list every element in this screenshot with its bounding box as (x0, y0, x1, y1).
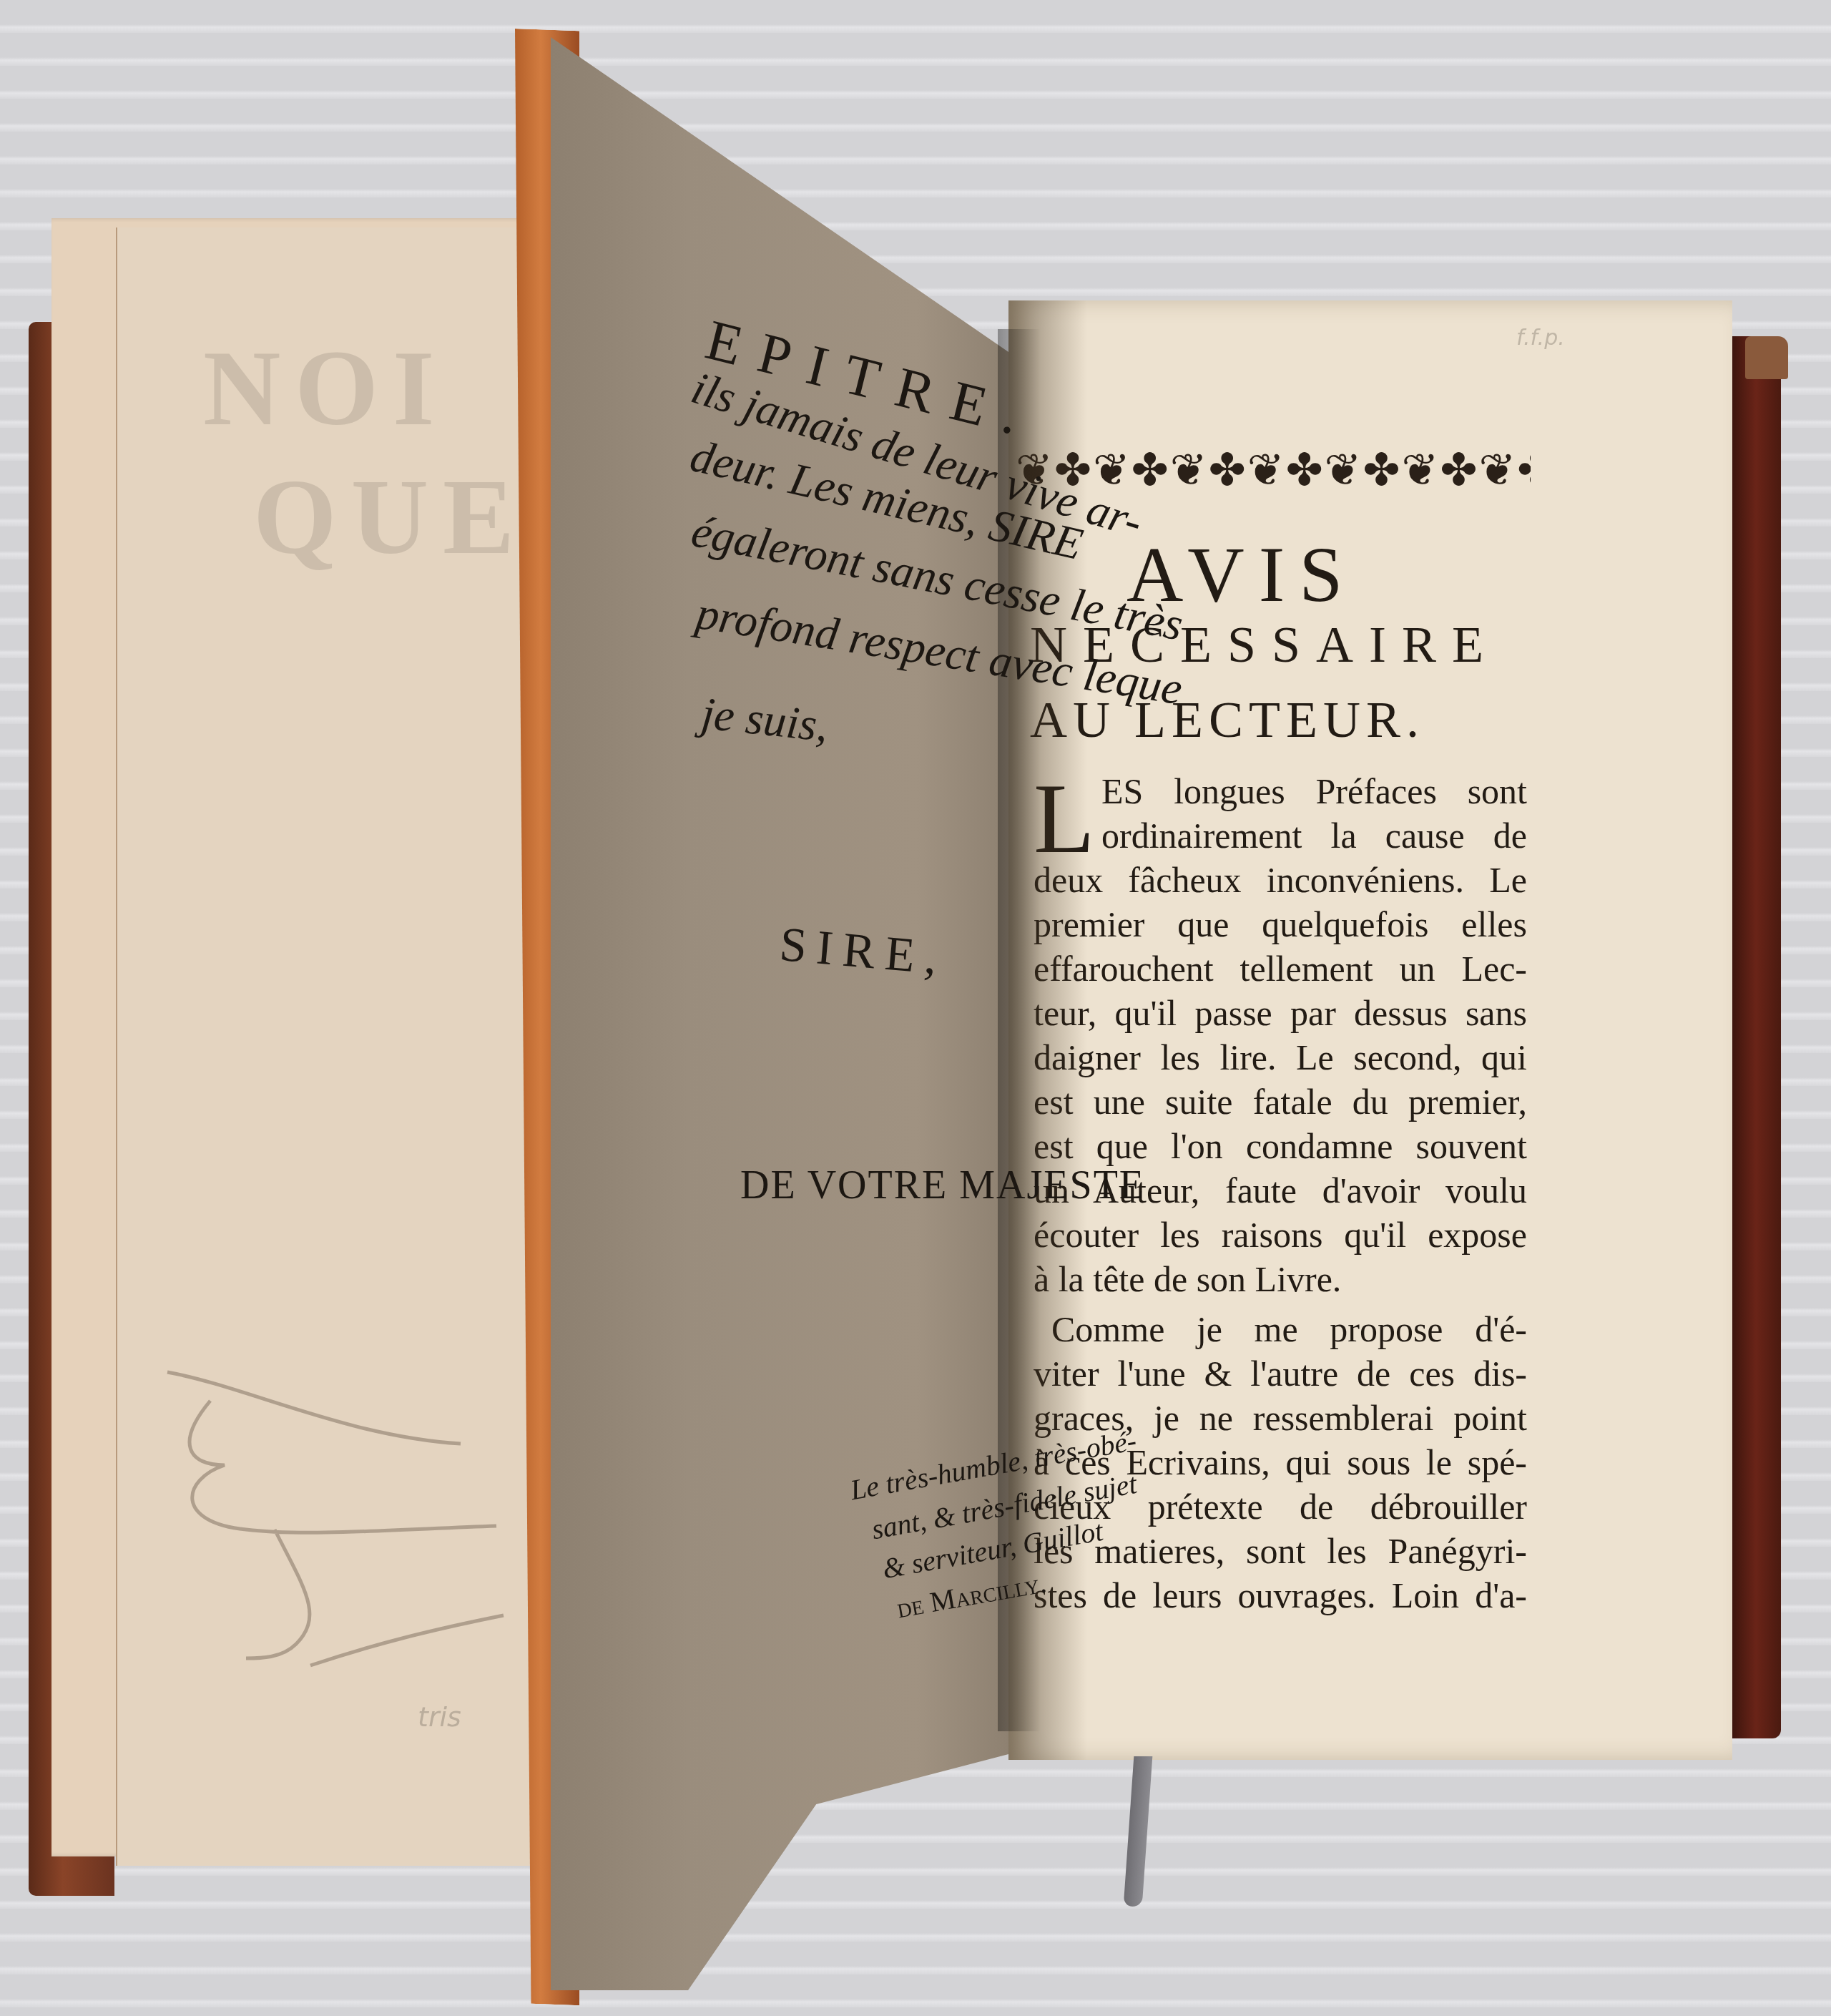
body-line: premier que quelquefois elles (1034, 902, 1527, 946)
body-line: à la tête de son Livre. (1034, 1257, 1527, 1301)
body-line: est une suite fatale du premier, (1034, 1080, 1527, 1124)
body-line: ES longues Préfaces sont (1101, 769, 1527, 813)
body-line: ordinairement la cause de (1101, 813, 1527, 858)
body-line: est que l'on condamne souvent (1034, 1124, 1527, 1168)
ribbon-bookmark[interactable] (1124, 1756, 1153, 1907)
leather-cover-right (1731, 336, 1781, 1738)
pencil-scribble-icon (160, 1358, 561, 1716)
body-line: daigner les lire. Le second, qui (1034, 1035, 1527, 1080)
show-through-text-1: NOI (203, 335, 448, 442)
body-line: écouter les raisons qu'il expose (1034, 1213, 1527, 1257)
body-line: teur, qu'il passe par dessus sans (1034, 991, 1527, 1035)
pencil-note: tris (418, 1701, 461, 1733)
body-line: effarouchent tellement un Lec- (1034, 946, 1527, 991)
body-line: deux fâcheux inconvéniens. Le (1034, 858, 1527, 902)
pencil-corner-note: f.f.p. (1516, 326, 1565, 351)
body-line: les matieres, sont les Panégyri- (1034, 1529, 1527, 1573)
body-line: Comme je me propose d'é- (1051, 1307, 1527, 1351)
leaf-closing: DE VOTRE MAJESTE (740, 1163, 1145, 1208)
body-line: stes de leurs ouvrages. Loin d'a- (1034, 1573, 1527, 1618)
body-line: viter l'une & l'autre de ces dis- (1034, 1351, 1527, 1396)
show-through-text-2: QUE (253, 464, 529, 571)
worn-cover-corner (1745, 336, 1788, 379)
